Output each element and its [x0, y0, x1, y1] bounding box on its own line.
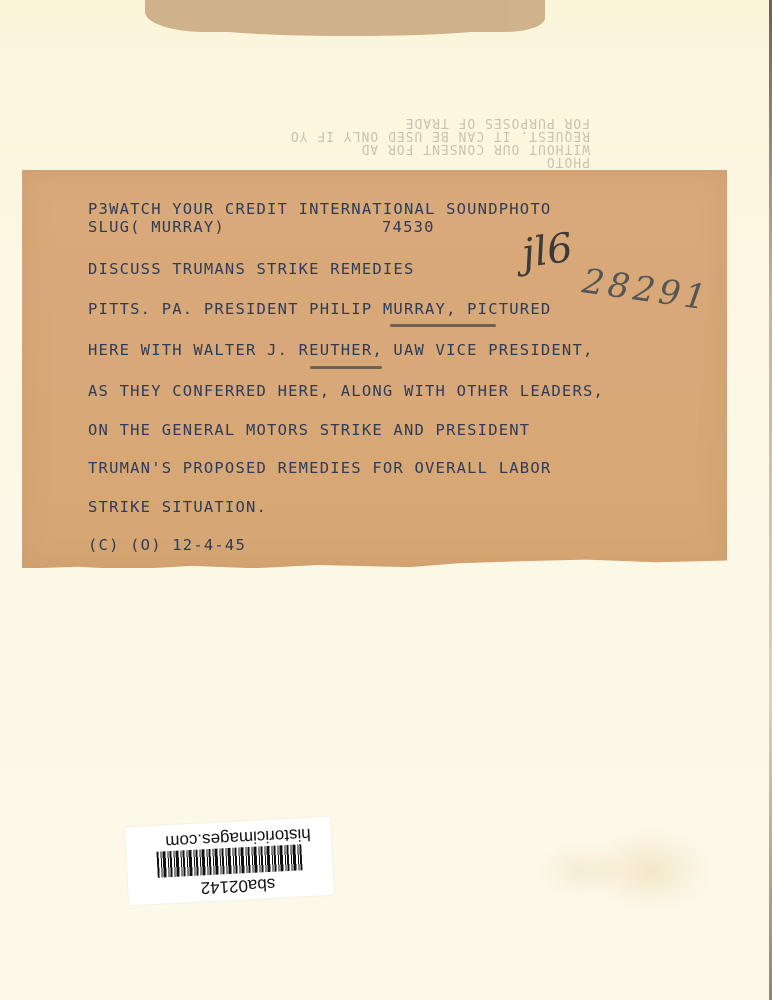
stamp-line: WITHOUT OUR CONSENT FOR AD — [240, 142, 590, 155]
archive-code: sba02142 — [200, 874, 276, 898]
caption-body-line: STRIKE SITUATION. — [88, 498, 267, 516]
underline-murray — [390, 324, 496, 327]
stamp-line: REQUEST. IT CAN BE USED ONLY IF YO — [240, 129, 590, 142]
caption-body-line: HERE WITH WALTER J. REUTHER, UAW VICE PR… — [88, 341, 594, 359]
caption-headline: DISCUSS TRUMANS STRIKE REMEDIES — [88, 260, 415, 278]
caption-slug: SLUG( MURRAY) — [88, 218, 225, 236]
handwritten-number: 28291 — [580, 261, 712, 318]
caption-slip: P3WATCH YOUR CREDIT INTERNATIONAL SOUNDP… — [22, 170, 727, 568]
glue-residue — [145, 0, 545, 32]
caption-number: 74530 — [382, 218, 435, 236]
archive-barcode-label: sba02142 historicimages.com — [125, 817, 334, 906]
caption-body-line: TRUMAN'S PROPOSED REMEDIES FOR OVERALL L… — [88, 459, 551, 477]
caption-credit-date: (C) (O) 12-4-45 — [88, 536, 246, 554]
caption-body-line: AS THEY CONFERRED HERE, ALONG WITH OTHER… — [88, 382, 604, 400]
caption-body-line: PITTS. PA. PRESIDENT PHILIP MURRAY, PICT… — [88, 300, 551, 318]
caption-body-line: ON THE GENERAL MOTORS STRIKE AND PRESIDE… — [88, 421, 530, 439]
caption-header-line: P3WATCH YOUR CREDIT INTERNATIONAL SOUNDP… — [88, 200, 551, 218]
stamp-line: PHOTO — [240, 155, 590, 168]
torn-edge — [22, 556, 727, 574]
bleed-through-stamp: PHOTOWITHOUT OUR CONSENT FOR ADREQUEST. … — [240, 108, 590, 168]
handwritten-initials: jl6 — [519, 225, 576, 278]
underline-reuther — [310, 366, 382, 369]
